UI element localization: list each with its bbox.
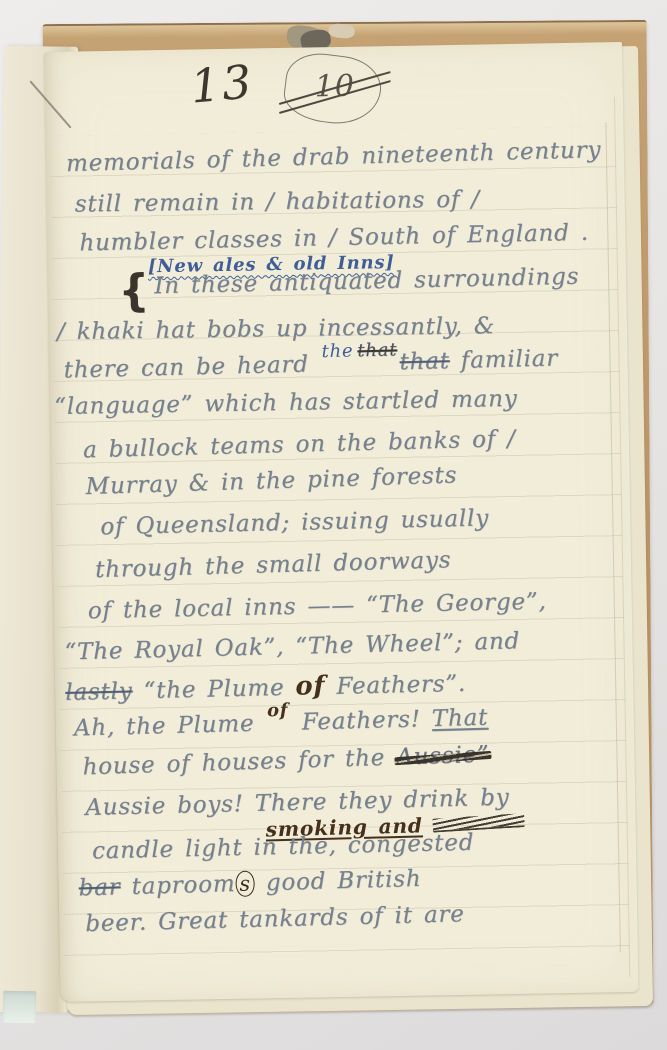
manuscript-text: Feathers! <box>290 706 432 736</box>
manuscript-line: still remain in / habitations of / <box>75 187 480 218</box>
manuscript-text: Aussie” <box>396 742 490 771</box>
manuscript-text: that <box>357 339 397 361</box>
crossed-out-page-number: 10 <box>284 56 381 122</box>
manuscript-text: of <box>267 700 289 722</box>
notebook-page: 13 10 memorials of the drab nineteenth c… <box>44 42 638 1002</box>
manuscript-text: taproom <box>120 871 236 900</box>
manuscript-text: s <box>235 870 255 897</box>
manuscript-text: { <box>118 265 151 317</box>
manuscript-text: the <box>321 340 353 362</box>
manuscript-text: Ah, the Plume <box>74 710 266 741</box>
manuscript-text: that <box>399 348 450 375</box>
manuscript-text: Feathers”. <box>325 671 466 700</box>
manuscript-text: familiar <box>449 345 558 374</box>
page-number: 13 <box>188 54 255 113</box>
manuscript-text: That <box>431 705 488 732</box>
manuscript-text: lastly <box>65 678 133 706</box>
page-tab <box>3 991 37 1024</box>
photograph-background: 13 10 memorials of the drab nineteenth c… <box>0 0 667 1050</box>
torn-paper-fragment <box>328 23 355 39</box>
manuscript-text: good British <box>254 866 421 897</box>
manuscript-text: of <box>295 671 326 702</box>
manuscript-text: bar <box>78 874 121 901</box>
manuscript-text: still remain in / habitations of / <box>75 187 480 218</box>
